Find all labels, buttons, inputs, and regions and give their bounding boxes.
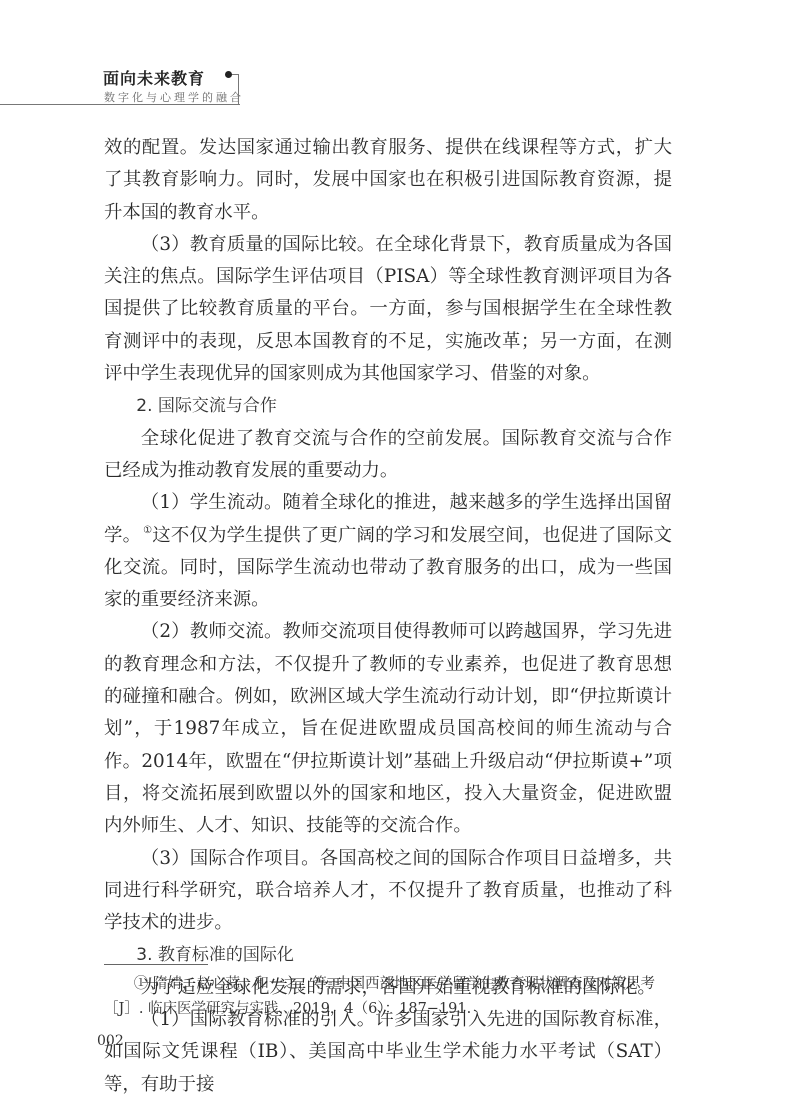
body-text: 效的配置。发达国家通过输出教育服务、提供在线课程等方式，扩大了其教育影响力。同时… (104, 132, 672, 1101)
header-rule (0, 104, 240, 105)
footnote-divider (104, 964, 208, 965)
header-rule-vertical (238, 74, 239, 104)
paragraph-teacher-exchange: （2）教师交流。教师交流项目使得教师可以跨越国界，学习先进的教育理念和方法，不仅… (104, 616, 672, 842)
page-number: 002 (97, 1033, 124, 1049)
paragraph-quality-comparison: （3）教育质量的国际比较。在全球化背景下，教育质量成为各国关注的焦点。国际学生评… (104, 229, 672, 390)
paragraph-cooperation-projects: （3）国际合作项目。各国高校之间的国际合作项目日益增多，共同进行科学研究，联合培… (104, 843, 672, 940)
header-dot-icon (225, 71, 232, 78)
footnote-line-2: ［J］. 临床医学研究与实践，2019，4（6）：187−191. (104, 997, 672, 1022)
paragraph-student-mobility: （1）学生流动。随着全球化的推进，越来越多的学生选择出国留学。①这不仅为学生提供… (104, 487, 672, 616)
section-heading-standards: 3. 教育标准的国际化 (104, 939, 672, 971)
footnote-ref[interactable]: ① (143, 525, 152, 536)
section-heading-exchange: 2. 国际交流与合作 (104, 390, 672, 422)
footnote-line-1: ① 隋婧，赵心蕊，和一之，等. 中国西部地区医学留学生教育现状调查及对策思考 (104, 972, 672, 997)
student-mobility-text-after: 这不仅为学生提供了更广阔的学习和发展空间，也促进了国际文化交流。同时，国际学生流… (104, 525, 672, 611)
footnote: ① 隋婧，赵心蕊，和一之，等. 中国西部地区医学留学生教育现状调查及对策思考 ［… (104, 972, 672, 1022)
paragraph-exchange-intro: 全球化促进了教育交流与合作的空前发展。国际教育交流与合作已经成为推动教育发展的重… (104, 423, 672, 488)
book-title: 面向未来教育 (103, 66, 205, 89)
running-head: 面向未来教育 数字化与心理学的融合 (0, 58, 260, 118)
paragraph-continued: 效的配置。发达国家通过输出教育服务、提供在线课程等方式，扩大了其教育影响力。同时… (104, 132, 672, 229)
book-subtitle: 数字化与心理学的融合 (104, 89, 244, 105)
